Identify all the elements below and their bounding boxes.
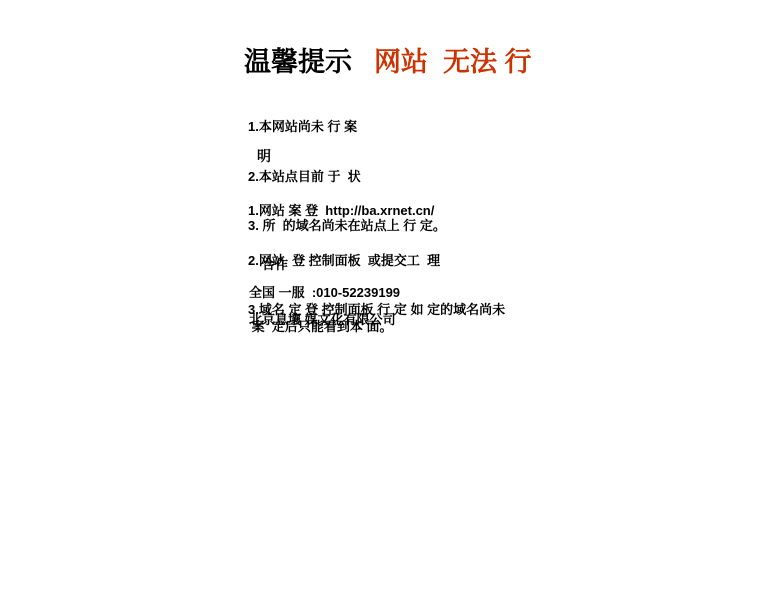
service-hotline: 全国 一服 :010-52239199 xyxy=(249,285,400,301)
hosting-notice-page: 温馨提示网站 无法 行 1.本网站尚未 行 案 2.本站点目前 于 状 3. 所… xyxy=(0,0,760,600)
explanation-item-1: 1.网站 案 登 http://ba.xrnet.cn/ xyxy=(248,203,505,220)
beian-url: http://ba.xrnet.cn/ xyxy=(325,203,434,218)
title-prefix: 温馨提示 xyxy=(244,47,352,77)
cooperation-heading: 合作 xyxy=(262,257,288,273)
explanation-item-1-text: 1.网站 案 登 xyxy=(248,203,325,218)
company-name: 北京息壤 媒文化有限公司 xyxy=(249,312,396,328)
title-highlight: 网站 无法 行 xyxy=(374,47,532,77)
explanation-heading: 明 xyxy=(257,148,271,165)
reason-item-1: 1.本网站尚未 行 案 xyxy=(248,119,446,136)
